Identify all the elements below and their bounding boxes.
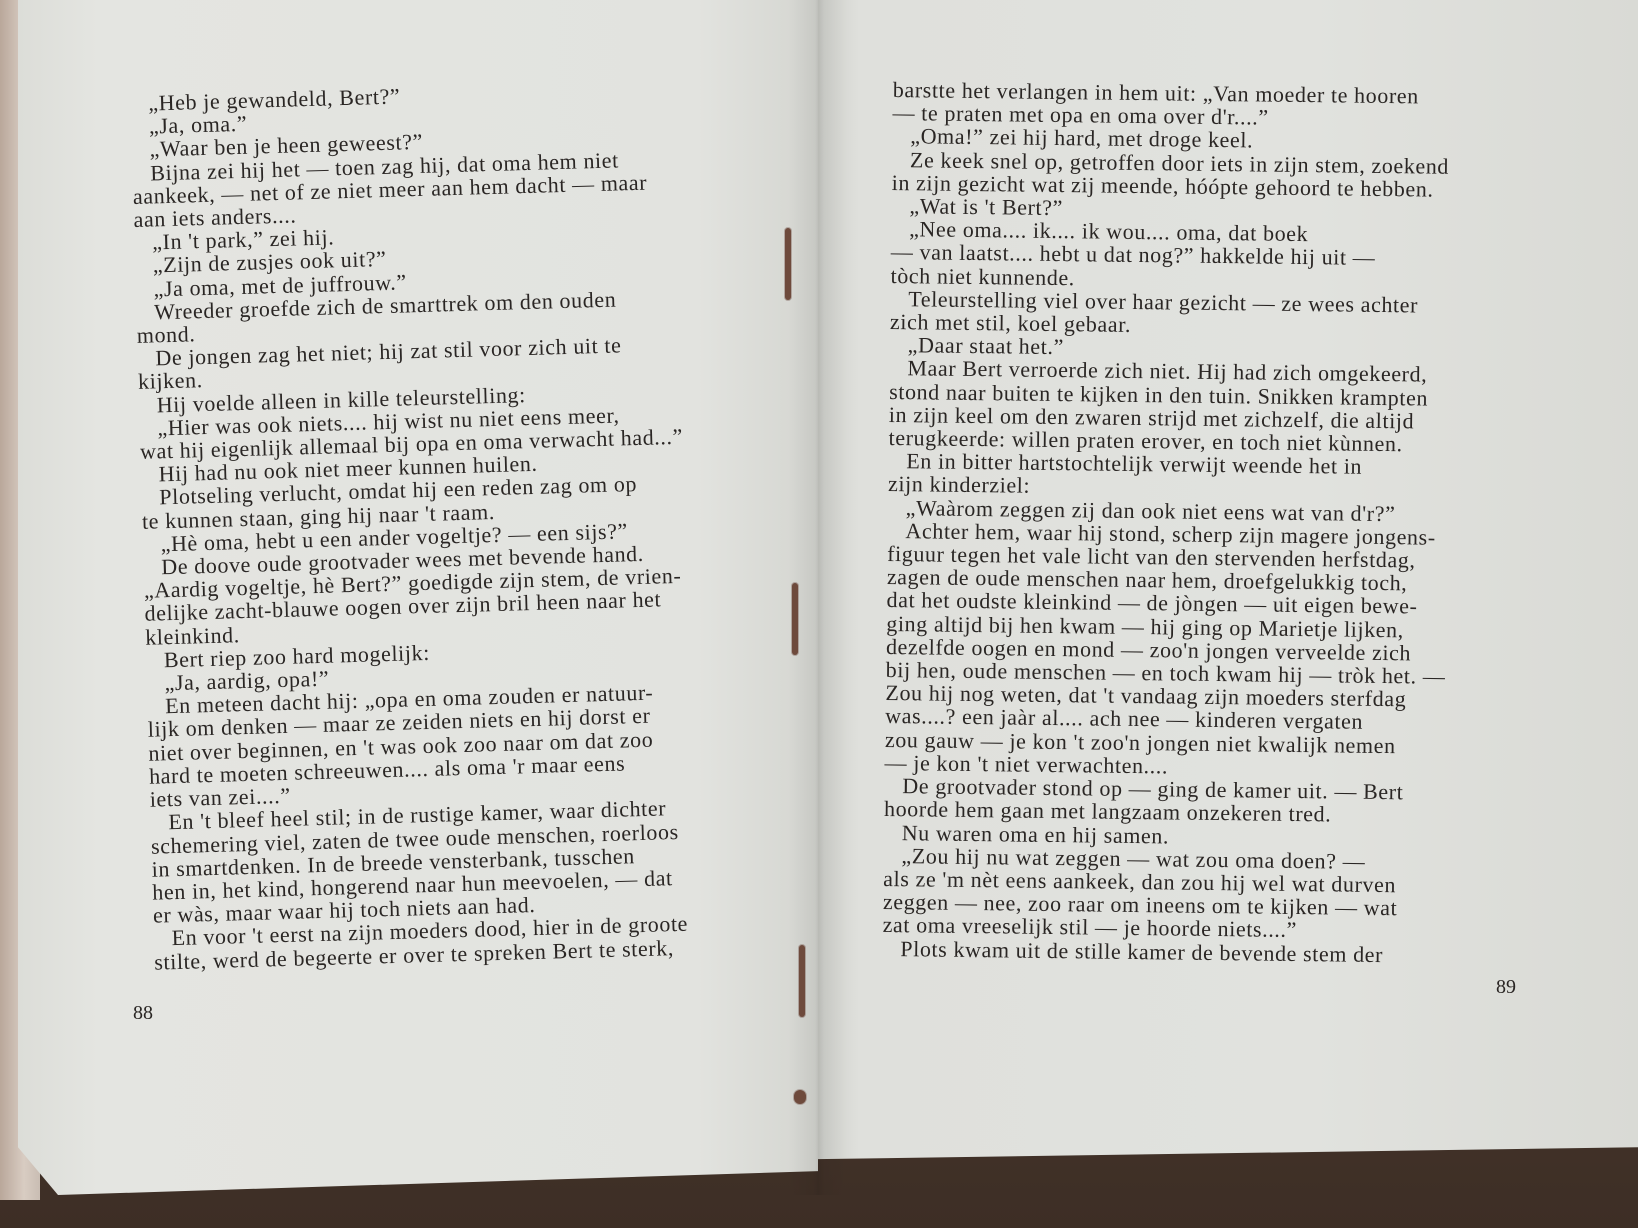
binding-stitch-middle (792, 583, 798, 655)
right-page-text: barstte het verlangen in hem uit: „Van m… (882, 78, 1483, 967)
left-page-text: „Heb je gewandeld, Bert?”„Ja, oma.”„Waar… (130, 76, 714, 973)
left-page-number: 88 (133, 1002, 153, 1025)
open-book: „Heb je gewandeld, Bert?”„Ja, oma.”„Waar… (18, 0, 1638, 1195)
right-page: barstte het verlangen in hem uit: „Van m… (818, 0, 1638, 1195)
binding-knot (794, 1090, 806, 1104)
left-page: „Heb je gewandeld, Bert?”„Ja, oma.”„Waar… (18, 0, 818, 1195)
binding-stitch-top (785, 228, 791, 300)
binding-stitch-bottom (799, 945, 805, 1017)
right-page-number: 89 (1496, 976, 1516, 999)
